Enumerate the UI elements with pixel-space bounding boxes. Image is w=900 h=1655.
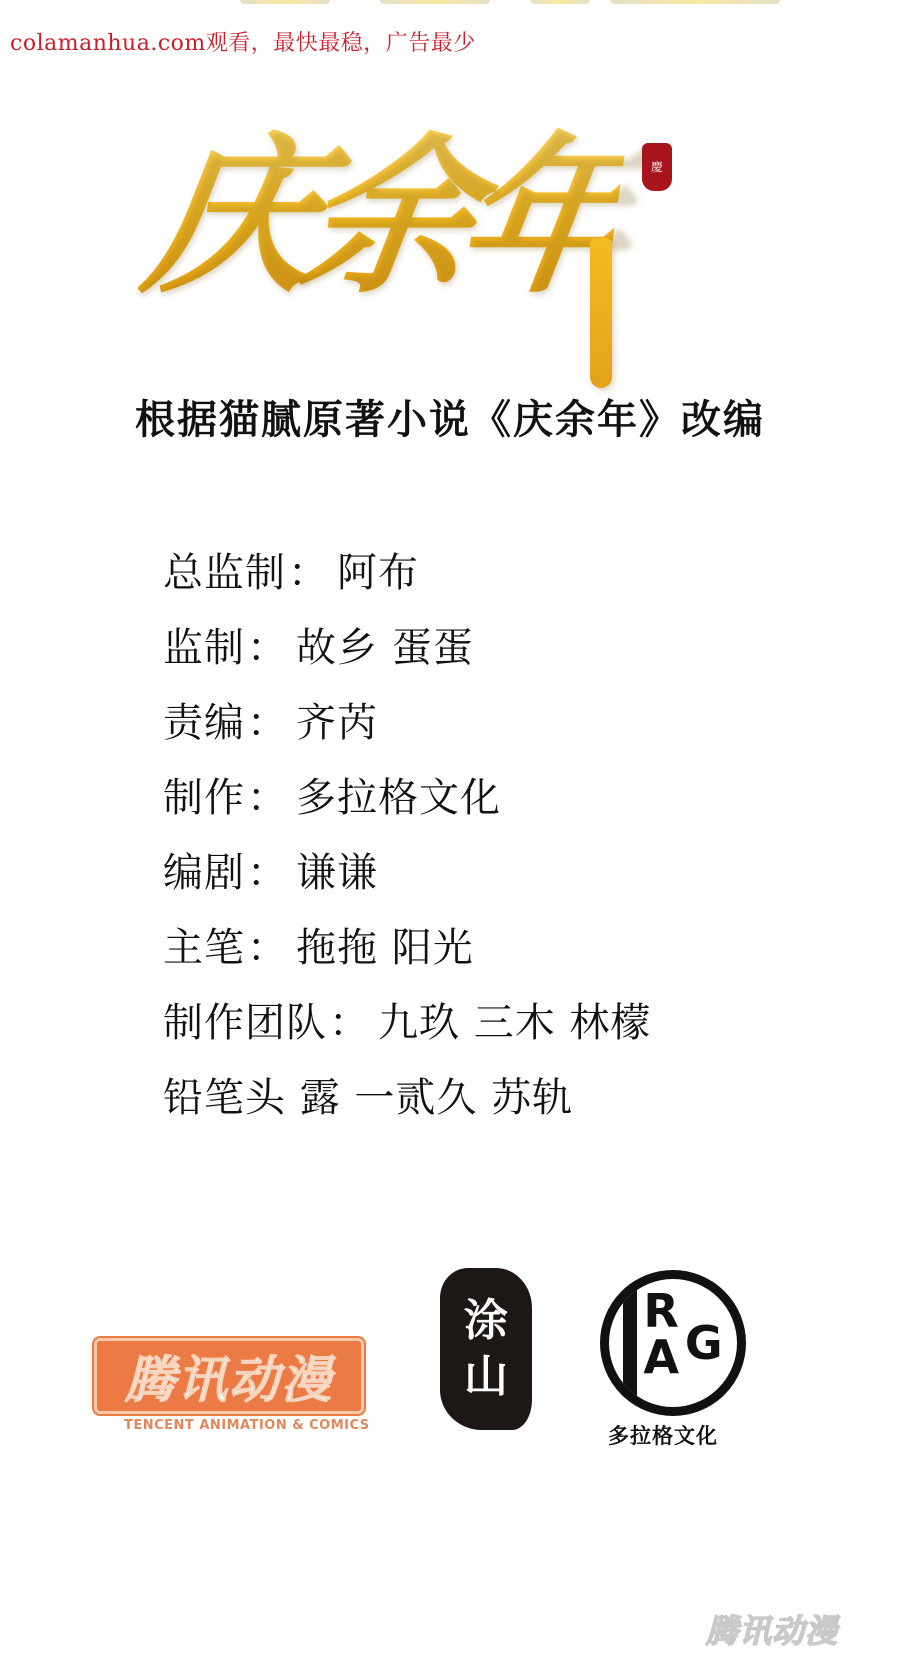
adaptation-subtitle: 根据猫腻原著小说《庆余年》改编 bbox=[0, 388, 900, 445]
credit-row: 主笔：拖拖 阳光 bbox=[163, 920, 651, 995]
credit-row: 制作团队：九玖 三木 林檬 bbox=[163, 995, 651, 1070]
tushan-char-top: 涂 bbox=[464, 1293, 508, 1349]
tencent-comics-logo: 腾讯动漫 TENCENT ANIMATION & COMICS bbox=[94, 1338, 364, 1438]
title-logo: 庆余年 慶 bbox=[150, 88, 710, 318]
credit-row-continued: 铅笔头 露 一贰久 苏轨 bbox=[163, 1070, 651, 1145]
title-stroke-decoration bbox=[590, 238, 612, 388]
credit-separator: ： bbox=[247, 625, 288, 671]
credit-names: 多拉格文化 bbox=[296, 775, 501, 821]
credit-names: 齐芮 bbox=[296, 700, 378, 746]
credit-names: 九玖 三木 林檬 bbox=[378, 1000, 651, 1046]
drg-bar-d bbox=[623, 1288, 637, 1398]
drg-letter-g: G bbox=[685, 1320, 723, 1366]
tencent-logo-chinese: 腾讯动漫 bbox=[125, 1340, 333, 1412]
credit-role: 责编 bbox=[163, 700, 245, 746]
drg-company-name: 多拉格文化 bbox=[608, 1420, 718, 1450]
credit-separator: ： bbox=[247, 775, 288, 821]
credit-role: 制作 bbox=[163, 775, 245, 821]
credit-role: 总监制 bbox=[163, 550, 286, 596]
credit-row: 监制：故乡 蛋蛋 bbox=[163, 620, 651, 695]
top-image-edge bbox=[0, 0, 900, 6]
credit-row: 责编：齐芮 bbox=[163, 695, 651, 770]
credit-names: 铅笔头 露 一贰久 苏轨 bbox=[163, 1075, 573, 1121]
credit-role: 监制 bbox=[163, 625, 245, 671]
drg-letter-a: A bbox=[643, 1334, 679, 1380]
tushan-char-bottom: 山 bbox=[464, 1349, 508, 1405]
credit-separator: ： bbox=[288, 550, 329, 596]
duolage-culture-logo: R A G 多拉格文化 bbox=[600, 1270, 740, 1440]
red-seal-icon: 慶 bbox=[642, 143, 672, 191]
credit-role: 制作团队 bbox=[163, 1000, 327, 1046]
drg-letter-r: R bbox=[643, 1288, 678, 1334]
credit-names: 阿布 bbox=[337, 550, 419, 596]
credit-separator: ： bbox=[247, 850, 288, 896]
credit-names: 故乡 蛋蛋 bbox=[296, 625, 474, 671]
credit-row: 编剧：谦谦 bbox=[163, 845, 651, 920]
credit-separator: ： bbox=[329, 1000, 370, 1046]
credit-names: 谦谦 bbox=[296, 850, 378, 896]
tencent-logo-english: TENCENT ANIMATION & COMICS bbox=[124, 1418, 370, 1433]
credit-names: 拖拖 阳光 bbox=[296, 925, 474, 971]
site-watermark: colamanhua.com观看，最快最稳，广告最少 bbox=[10, 26, 476, 57]
tushan-logo: 涂 山 bbox=[440, 1268, 532, 1430]
credit-row: 总监制：阿布 bbox=[163, 545, 651, 620]
credit-row: 制作：多拉格文化 bbox=[163, 770, 651, 845]
corner-watermark: 腾讯动漫 bbox=[706, 1606, 838, 1652]
credit-role: 编剧 bbox=[163, 850, 245, 896]
tencent-logo-badge: 腾讯动漫 bbox=[94, 1338, 364, 1414]
drg-circle-emblem-icon: R A G bbox=[600, 1270, 746, 1416]
title-calligraphy: 庆余年 bbox=[133, 80, 635, 325]
credits-list: 总监制：阿布 监制：故乡 蛋蛋 责编：齐芮 制作：多拉格文化 编剧：谦谦 主笔：… bbox=[163, 545, 651, 1145]
credit-role: 主笔 bbox=[163, 925, 245, 971]
credit-separator: ： bbox=[247, 700, 288, 746]
credit-separator: ： bbox=[247, 925, 288, 971]
